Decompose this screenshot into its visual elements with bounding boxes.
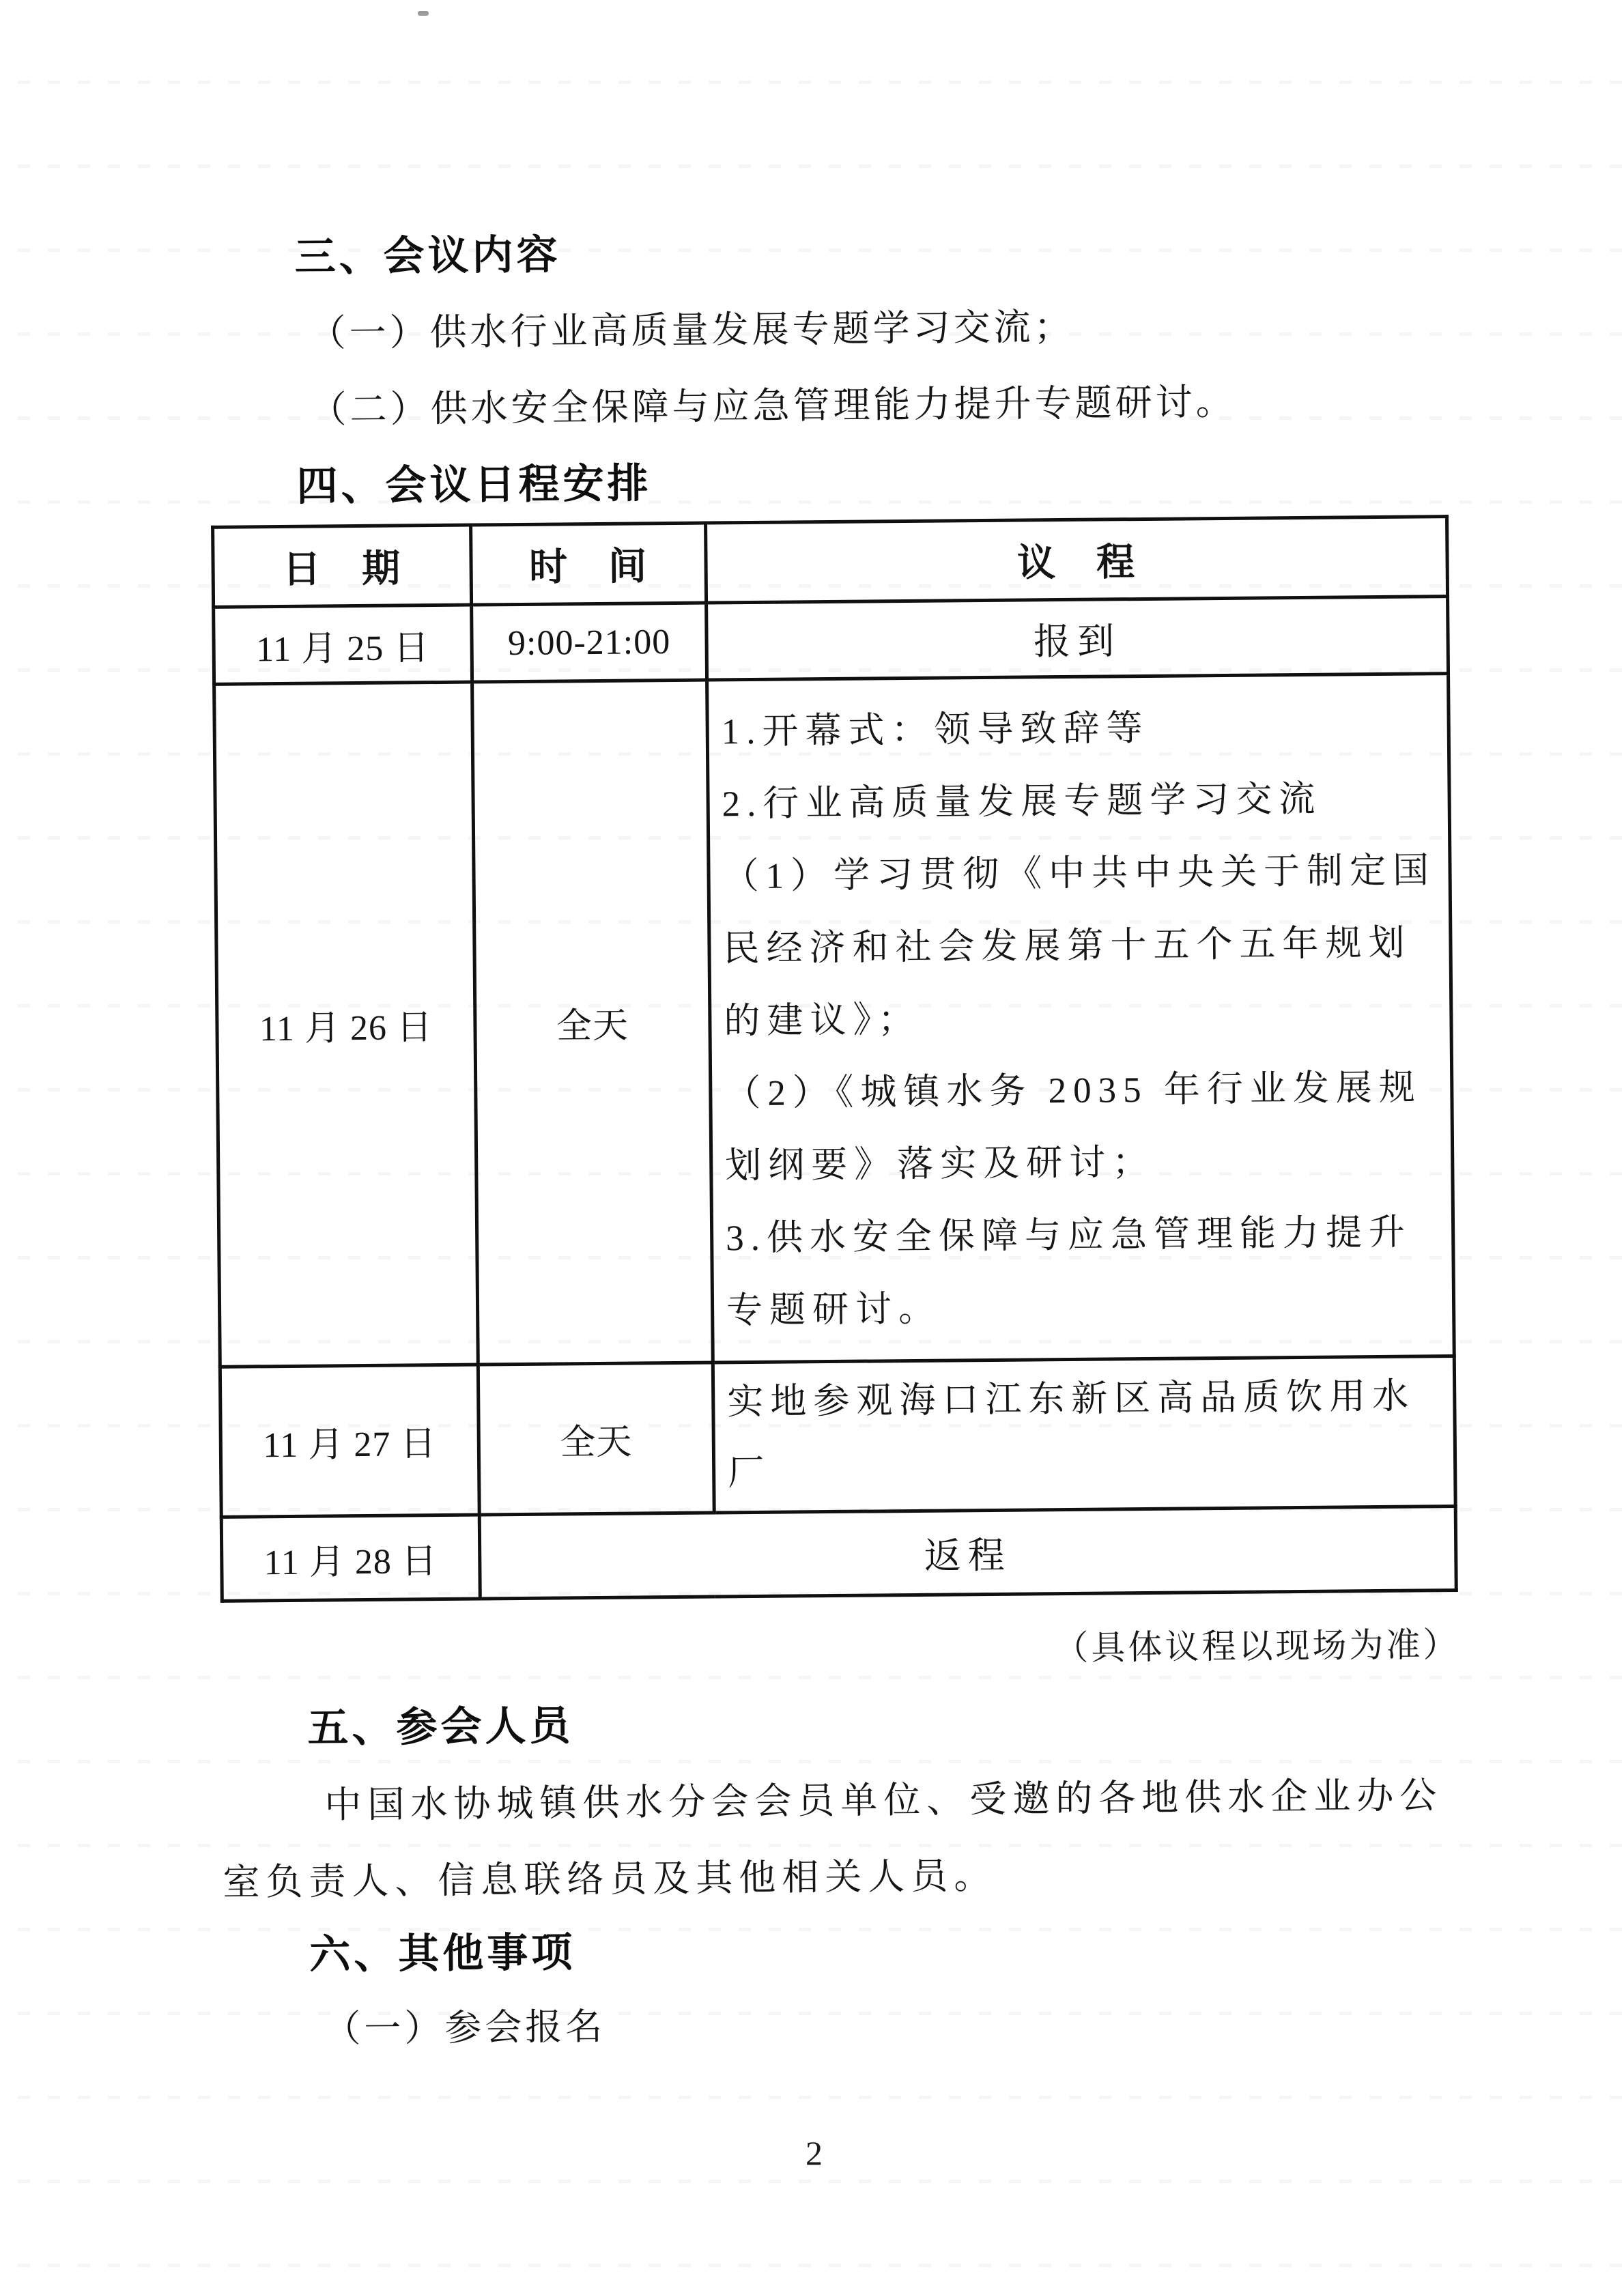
scan-artifact bbox=[418, 11, 429, 16]
date-cell: 11 月 25 日 bbox=[214, 605, 472, 684]
date-cell: 11 月 28 日 bbox=[221, 1515, 480, 1601]
time-cell: 全天 bbox=[478, 1363, 714, 1515]
time-cell: 9:00-21:00 bbox=[472, 603, 707, 682]
agenda-cell: 报到 bbox=[707, 597, 1449, 680]
column-header-agenda: 议 程 bbox=[706, 517, 1448, 603]
section-heading-other-matters: 六、其他事项 bbox=[223, 1910, 1463, 1991]
table-row-nov26: 11 月 26 日 全天 1.开幕式：领导致辞等 2.行业高质量发展专题学习交流… bbox=[214, 674, 1455, 1367]
column-header-date: 日 期 bbox=[213, 525, 472, 607]
agenda-item: 1.开幕式：领导致辞等 bbox=[721, 689, 1438, 768]
agenda-cell: 1.开幕式：领导致辞等 2.行业高质量发展专题学习交流 （1）学习贯彻《中共中央… bbox=[707, 674, 1455, 1363]
date-cell: 11 月 27 日 bbox=[220, 1365, 479, 1517]
section-heading-schedule: 四、会议日程安排 bbox=[210, 438, 1450, 526]
column-header-time: 时 间 bbox=[471, 523, 707, 605]
document-page: 三、会议内容 （一）供水行业高质量发展专题学习交流； （二）供水安全保障与应急管… bbox=[0, 0, 1624, 2295]
schedule-table: 日 期 时 间 议 程 11 月 25 日 9:00-21:00 报到 11 月… bbox=[211, 515, 1458, 1603]
table-row-nov28: 11 月 28 日 返程 bbox=[221, 1507, 1456, 1601]
agenda-item: （1）学习贯彻《中共中央关于制定国民经济和社会发展第十五个五年规划的建议》； bbox=[722, 834, 1440, 1057]
page-number: 2 bbox=[806, 2133, 823, 2173]
paragraph-attendees: 中国水协城镇供水分会会员单位、受邀的各地供水企业办公室负责人、信息联络员及其他相… bbox=[222, 1757, 1462, 1921]
page-content: 三、会议内容 （一）供水行业高质量发展专题学习交流； （二）供水安全保障与应急管… bbox=[208, 199, 1464, 2068]
agenda-item: 2.行业高质量发展专题学习交流 bbox=[722, 762, 1438, 840]
table-note: （具体议程以现场为准） bbox=[220, 1621, 1460, 1679]
paragraph-topic-1: （一）供水行业高质量发展专题学习交流； bbox=[209, 285, 1449, 373]
agenda-item: 3.供水安全保障与应急管理能力提升专题研讨。 bbox=[726, 1196, 1443, 1347]
section-heading-meeting-content: 三、会议内容 bbox=[208, 209, 1448, 296]
time-cell: 全天 bbox=[472, 680, 713, 1365]
table-header-row: 日 期 时 间 议 程 bbox=[213, 517, 1448, 608]
agenda-item: （2）《城镇水务 2035 年行业发展规划纲要》落实及研讨； bbox=[724, 1051, 1442, 1202]
table-row-nov27: 11 月 27 日 全天 实地参观海口江东新区高品质饮用水厂 bbox=[220, 1356, 1455, 1517]
agenda-cell: 实地参观海口江东新区高品质饮用水厂 bbox=[713, 1356, 1455, 1513]
table-row-nov25: 11 月 25 日 9:00-21:00 报到 bbox=[214, 597, 1449, 685]
date-cell: 11 月 26 日 bbox=[214, 682, 479, 1367]
section-heading-attendees: 五、参会人员 bbox=[221, 1679, 1461, 1768]
agenda-cell-merged: 返程 bbox=[479, 1507, 1456, 1599]
paragraph-topic-2: （二）供水安全保障与应急管理能力提升专题研讨。 bbox=[210, 362, 1449, 449]
paragraph-registration: （一）参会报名 bbox=[224, 1981, 1464, 2068]
